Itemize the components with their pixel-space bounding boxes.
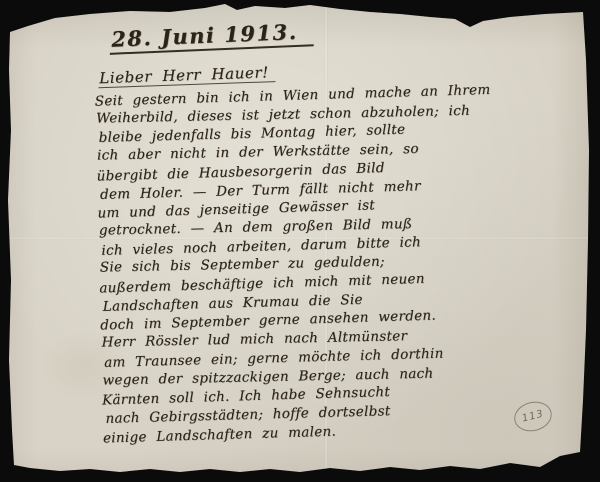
- archive-number: 113: [521, 408, 545, 424]
- scan-stage: 28. Juni 1913. Lieber Herr Hauer! Seit g…: [0, 0, 600, 482]
- letter-date: 28. Juni 1913.: [109, 18, 314, 55]
- letter-body: Seit gestern bin ich in Wien und mache a…: [95, 81, 544, 447]
- letter-text-block: 28. Juni 1913. Lieber Herr Hauer! Seit g…: [93, 15, 543, 447]
- letter-paper: 28. Juni 1913. Lieber Herr Hauer! Seit g…: [0, 0, 600, 482]
- letter-salutation: Lieber Herr Hauer!: [98, 63, 275, 88]
